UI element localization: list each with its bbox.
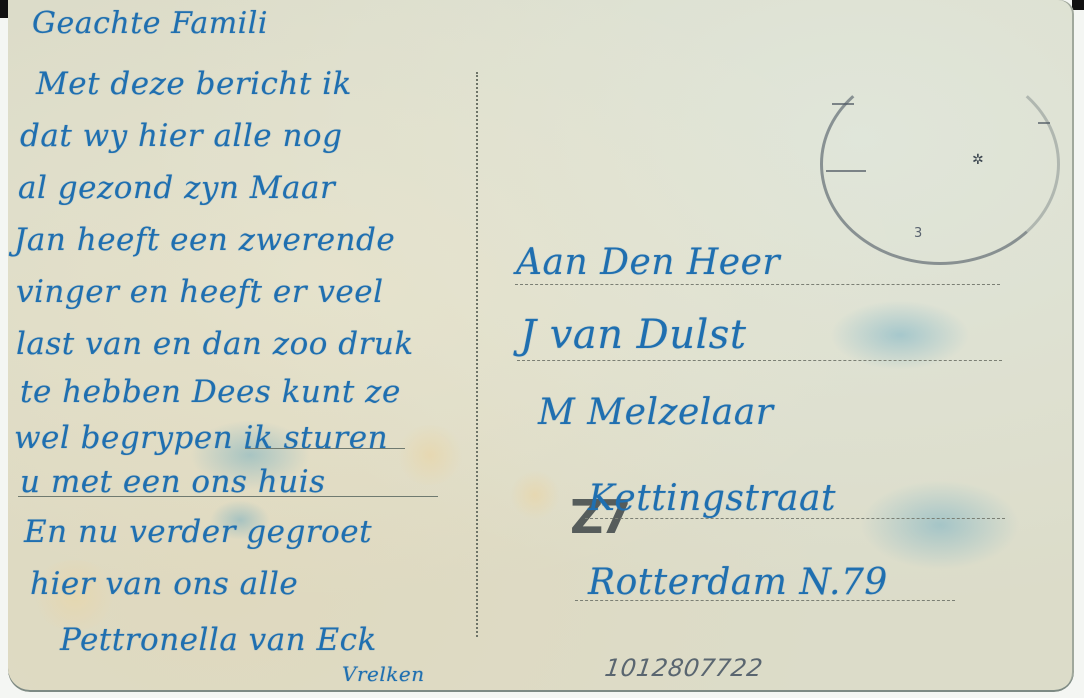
- postmark-star-icon: ✲: [972, 152, 984, 168]
- ink-smear: [860, 480, 1020, 570]
- address-rule: [585, 518, 1005, 519]
- signature: Pettronella van Eck: [60, 622, 377, 658]
- message-line: vinger en heeft er veel: [16, 274, 384, 310]
- scan-border: [0, 0, 8, 18]
- address-rule: [515, 284, 1000, 285]
- card-divider: [476, 72, 478, 637]
- message-line: hier van ons alle: [30, 566, 298, 602]
- message-line: u met een ons huis: [20, 464, 326, 500]
- address-line: J van Dulst: [520, 312, 746, 358]
- postmark-tick: [1038, 122, 1050, 124]
- message-line: al gezond zyn Maar: [18, 170, 335, 206]
- postmark-tick: [826, 170, 866, 172]
- address-rule: [517, 360, 1002, 361]
- address-line: Rotterdam N.79: [588, 562, 888, 603]
- underline: [18, 496, 438, 497]
- address-line: M Melzelaar: [538, 392, 773, 433]
- message-line: Met deze bericht ik: [36, 66, 352, 102]
- postmark-number: 3: [914, 226, 922, 241]
- paper-stain: [510, 470, 560, 520]
- sign-off: Vrelken: [342, 662, 425, 686]
- postmark-tick: [832, 103, 854, 105]
- message-line: dat wy hier alle nog: [20, 118, 342, 154]
- message-line: last van en dan zoo druk: [16, 326, 414, 362]
- message-line: Jan heeft een zwerende: [14, 222, 395, 258]
- postmark-circle: [820, 63, 1060, 265]
- salutation: Geachte Famili: [32, 6, 268, 41]
- message-line: wel begrypen ik sturen: [14, 420, 388, 456]
- archive-number: 1012807722: [603, 654, 765, 682]
- address-line: Kettingstraat: [588, 478, 836, 519]
- message-line: En nu verder gegroet: [24, 514, 372, 550]
- message-line: te hebben Dees kunt ze: [20, 374, 401, 410]
- address-line: Aan Den Heer: [516, 242, 780, 283]
- paper-stain: [395, 425, 465, 485]
- address-rule: [575, 600, 955, 601]
- scan-border: [1072, 0, 1084, 10]
- underline: [245, 448, 405, 449]
